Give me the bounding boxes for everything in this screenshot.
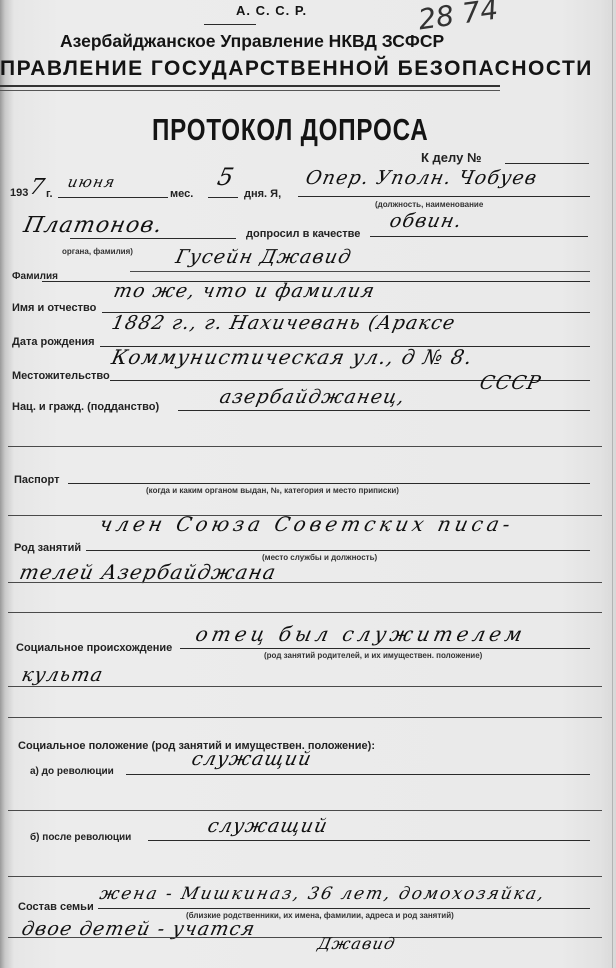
day-label: дня. Я, xyxy=(244,188,281,200)
social-origin-value-1: отец был служителем xyxy=(193,622,528,646)
blank-line-3 xyxy=(8,717,602,718)
name-value: то же, что и фамилия xyxy=(112,280,378,302)
occupation-label: Род занятий xyxy=(14,542,81,554)
year-suffix: г. xyxy=(46,188,53,200)
occupation-value-1: член Союза Советских писа- xyxy=(97,512,516,536)
occupation-value-2: телей Азербайджана xyxy=(17,560,278,584)
blank-line-1 xyxy=(8,446,602,447)
day-value: 5 xyxy=(215,163,237,191)
header-double-rule xyxy=(0,85,500,91)
passport-label: Паспорт xyxy=(14,474,59,486)
header-rule xyxy=(204,24,256,25)
case-number-field[interactable] xyxy=(505,163,589,164)
document-title: ПРОТОКОЛ ДОПРОСА xyxy=(152,112,428,148)
citizenship-value: СССР xyxy=(478,372,544,394)
family-label: Состав семьи xyxy=(18,901,94,913)
family-value-1: жена - Мишкиназ, 36 лет, домохозяйка, xyxy=(98,884,548,904)
occupation-line-2 xyxy=(8,582,602,583)
blank-line-2 xyxy=(8,612,602,613)
officer-position-line xyxy=(298,196,590,197)
officer-name: Платонов. xyxy=(21,213,165,238)
before-revolution-label: а) до революции xyxy=(30,766,114,777)
before-revolution-value: служащий xyxy=(190,748,314,770)
interrogated-as-label: допросил в качестве xyxy=(246,228,360,240)
position-caption: (должность, наименование xyxy=(375,200,483,209)
surname-line-upper xyxy=(130,271,590,272)
social-origin-label: Социальное происхождение xyxy=(16,642,172,654)
birth-value: 1882 г., г. Нахичевань (Араксе xyxy=(110,312,458,334)
archive-number: 28 74 xyxy=(416,0,500,36)
before-revolution-line xyxy=(126,774,590,775)
after-revolution-value: служащий xyxy=(206,815,330,837)
social-origin-line-2 xyxy=(8,686,602,687)
family-line xyxy=(98,908,590,909)
social-status-blank-line xyxy=(8,810,602,811)
after-revolution-label: б) после революции xyxy=(30,832,131,843)
birth-label: Дата рождения xyxy=(12,336,95,348)
social-origin-line xyxy=(180,648,590,649)
officer-position: Опер. Уполн. Чобуев xyxy=(304,167,540,189)
document-page: А. С. С. Р. Азербайджанское Управление Н… xyxy=(0,0,616,968)
family-line-2 xyxy=(8,937,602,938)
year-prefix: 193 xyxy=(10,187,28,199)
directorate-header: ПРАВЛЕНИЕ ГОСУДАРСТВЕННОЙ БЕЗОПАСНОСТИ xyxy=(0,57,593,81)
organ-caption: органа, фамилия) xyxy=(62,247,133,256)
signature: Джавид xyxy=(316,934,398,953)
nationality-value: азербайджанец, xyxy=(218,386,408,408)
after-revolution-line xyxy=(148,840,590,841)
case-label: К делу № xyxy=(421,150,481,165)
residence-value: Коммунистическая ул., д № 8. xyxy=(109,345,475,369)
occupation-caption: (место службы и должность) xyxy=(262,553,377,562)
interrogated-as-value: обвин. xyxy=(388,210,465,232)
day-line xyxy=(208,197,238,198)
nationality-label: Нац. и гражд. (подданство) xyxy=(12,401,159,413)
social-origin-caption: (род занятий родителей, и их имуществен.… xyxy=(264,651,482,660)
name-label: Имя и отчество xyxy=(12,302,96,314)
blank-line-4 xyxy=(8,876,602,877)
republic-header: А. С. С. Р. xyxy=(236,3,307,18)
surname-value: Гусейн Джавид xyxy=(174,246,354,268)
interrogated-as-line xyxy=(370,236,588,237)
nationality-line xyxy=(178,410,590,411)
passport-caption: (когда и каким органом выдан, №, категор… xyxy=(146,486,399,495)
social-origin-value-2: культа xyxy=(20,664,106,686)
year-digit: 7 xyxy=(27,175,48,200)
month-line xyxy=(58,197,168,198)
residence-label: Местожительство xyxy=(12,370,110,382)
passport-line[interactable] xyxy=(68,483,590,484)
department-header: Азербайджанское Управление НКВД ЗСФСР xyxy=(60,31,444,52)
page-edge xyxy=(612,0,613,968)
month-value: июня xyxy=(66,173,117,191)
occupation-line xyxy=(86,550,590,551)
officer-name-line xyxy=(70,238,236,239)
month-label: мес. xyxy=(170,188,193,200)
